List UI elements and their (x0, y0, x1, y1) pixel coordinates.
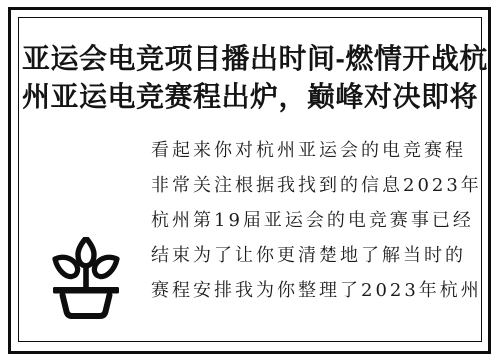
plant-center-leaf-shape (78, 238, 94, 266)
article-body: 看起来你对杭州亚运会的电竞赛程 非常关注根据我找到的信息2023年 杭州第19届… (151, 133, 473, 308)
body-line: 看起来你对杭州亚运会的电竞赛程 (151, 133, 473, 168)
plant-left-leaf-shape (55, 257, 78, 276)
body-line: 赛程安排我为你整理了2023年杭州 (151, 273, 473, 308)
page-title: 亚运会电竞项目播出时间-燃情开战杭 州亚运电竞赛程出炉，巅峰对决即将 (22, 40, 482, 116)
body-line: 杭州第19届亚运会的电竞赛事已经 (151, 203, 473, 238)
page-title-line-2: 州亚运电竞赛程出炉，巅峰对决即将 (22, 78, 482, 116)
potted-plant-icon (48, 237, 124, 319)
body-line: 结束为了让你更清楚地了解当时的 (151, 238, 473, 273)
plant-right-leaf-shape (94, 257, 117, 276)
body-line: 非常关注根据我找到的信息2023年 (151, 168, 473, 203)
page-title-line-1: 亚运会电竞项目播出时间-燃情开战杭 (22, 40, 482, 78)
pot-body-shape (63, 295, 110, 316)
article-page: 亚运会电竞项目播出时间-燃情开战杭 州亚运电竞赛程出炉，巅峰对决即将 看起来你对… (0, 0, 500, 362)
